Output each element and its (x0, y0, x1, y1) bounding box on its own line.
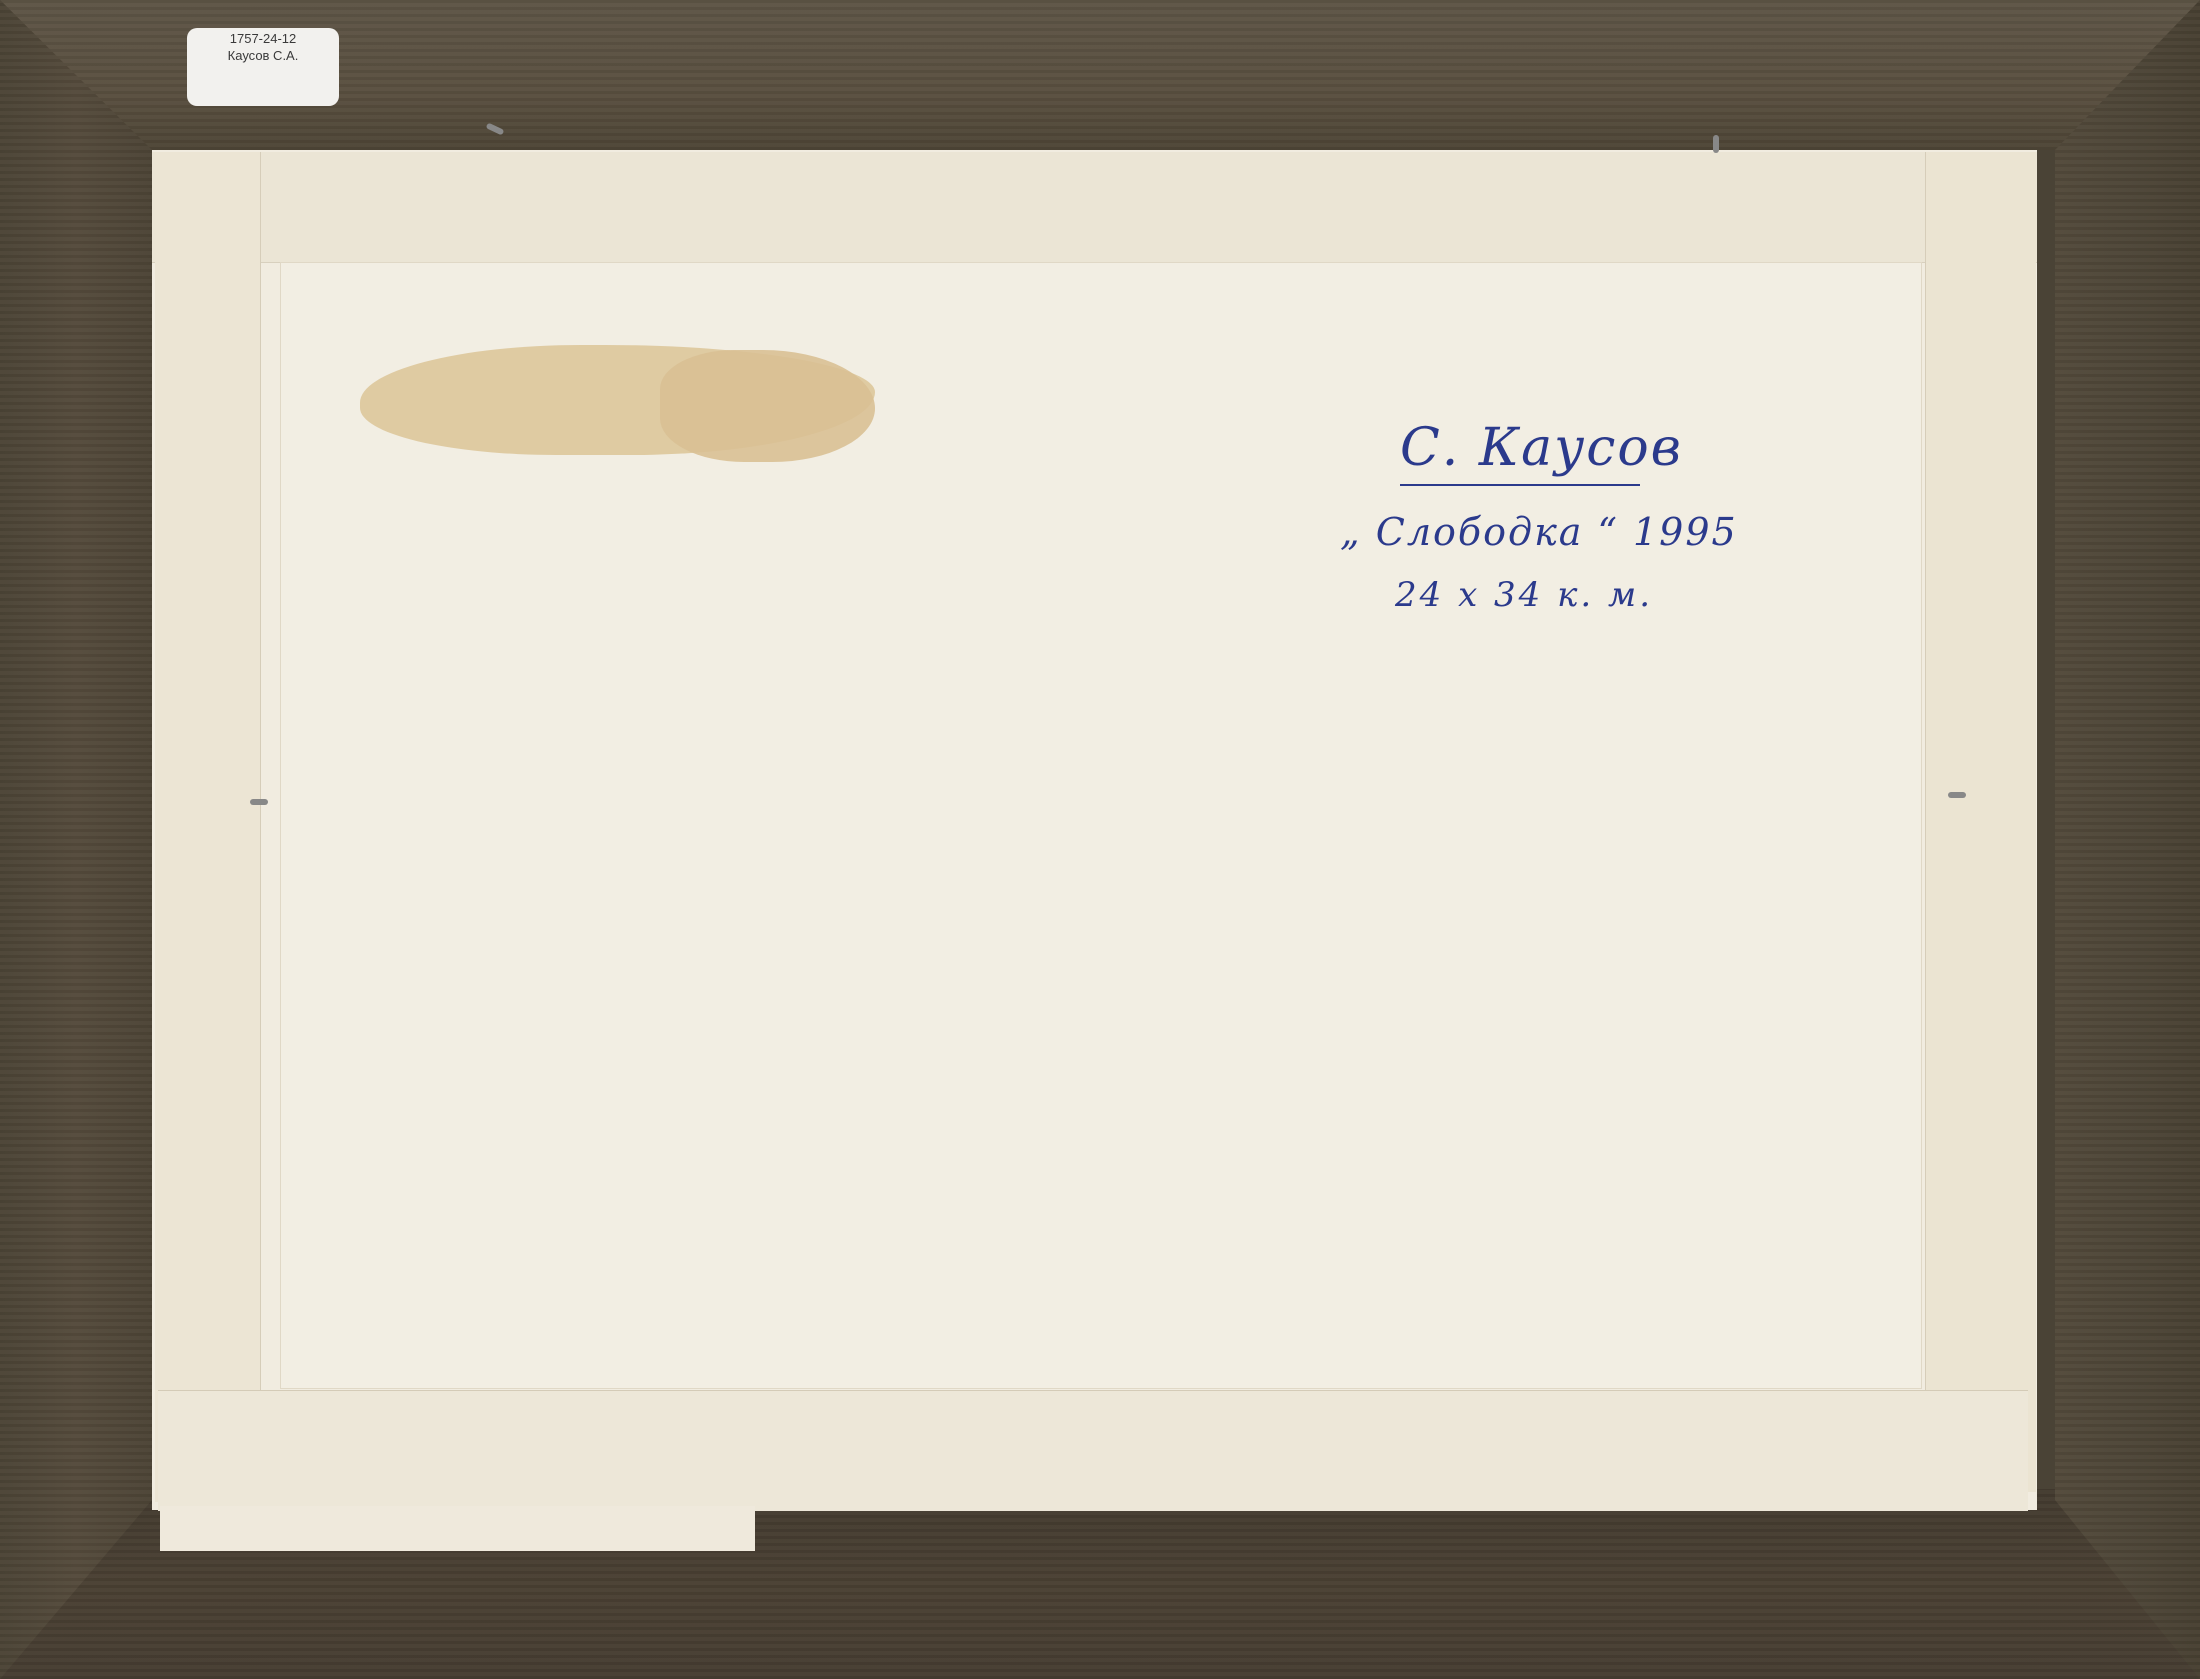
inventory-artist-name: Каусов С.А. (187, 47, 339, 64)
inscription-artist: С. Каусов (1400, 418, 1683, 478)
inscription-underline (1400, 484, 1640, 486)
tape-right (1925, 152, 2036, 1492)
tape-bottom (158, 1390, 2028, 1511)
nail-icon (1948, 792, 1966, 798)
tape-bottom-strip (160, 1506, 755, 1551)
nail-icon (250, 799, 268, 805)
inventory-label: 1757-24-12 Каусов С.А. (187, 28, 339, 106)
inscription-dimensions: 24 x 34 к. м. (1395, 575, 1653, 615)
frame-rail-left (0, 0, 152, 1679)
glue-stain-right (660, 350, 875, 462)
tape-top (152, 152, 2037, 263)
nail-icon (1713, 135, 1719, 153)
tape-left (155, 152, 261, 1502)
frame-rail-right (2055, 0, 2200, 1679)
frame-back-photo: 1757-24-12 Каусов С.А. С. Каусов „ Слобо… (0, 0, 2200, 1679)
inscription-title: „ Слободка “ 1995 (1340, 510, 1738, 554)
inventory-number: 1757-24-12 (187, 30, 339, 47)
